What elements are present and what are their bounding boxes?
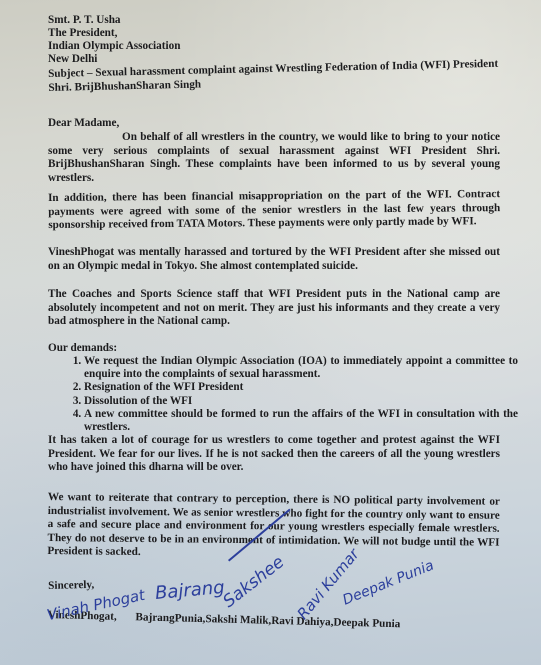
paragraph-vinesh: VineshPhogat was mentally harassed and t… bbox=[48, 246, 500, 273]
recipient-organization: Indian Olympic Association bbox=[48, 40, 500, 53]
paragraph-complaints: On behalf of all wrestlers in the countr… bbox=[48, 131, 500, 185]
demand-item: We request the Indian Olympic Associatio… bbox=[84, 355, 518, 381]
recipient-name: Smt. P. T. Usha bbox=[48, 14, 500, 27]
paragraph-financial: In addition, there has been financial mi… bbox=[48, 188, 500, 233]
recipient-address: Smt. P. T. Usha The President, Indian Ol… bbox=[48, 14, 500, 66]
demands-title: Our demands: bbox=[48, 342, 500, 356]
demands-list: We request the Indian Olympic Associatio… bbox=[66, 355, 518, 434]
paragraph-courage: It has taken a lot of courage for us wre… bbox=[48, 434, 500, 475]
letter-page: Smt. P. T. Usha The President, Indian Ol… bbox=[0, 0, 541, 665]
demand-item: A new committee should be formed to run … bbox=[84, 408, 518, 434]
demand-item: Dissolution of the WFI bbox=[84, 395, 518, 408]
salutation: Dear Madame, bbox=[48, 117, 500, 131]
paragraph-coaches: The Coaches and Sports Science staff tha… bbox=[48, 288, 500, 329]
demand-item: Resignation of the WFI President bbox=[84, 381, 518, 394]
recipient-title: The President, bbox=[48, 27, 500, 40]
signatories-others: BajrangPunia,Sakshi Malik,Ravi Dahiya,De… bbox=[135, 611, 400, 630]
